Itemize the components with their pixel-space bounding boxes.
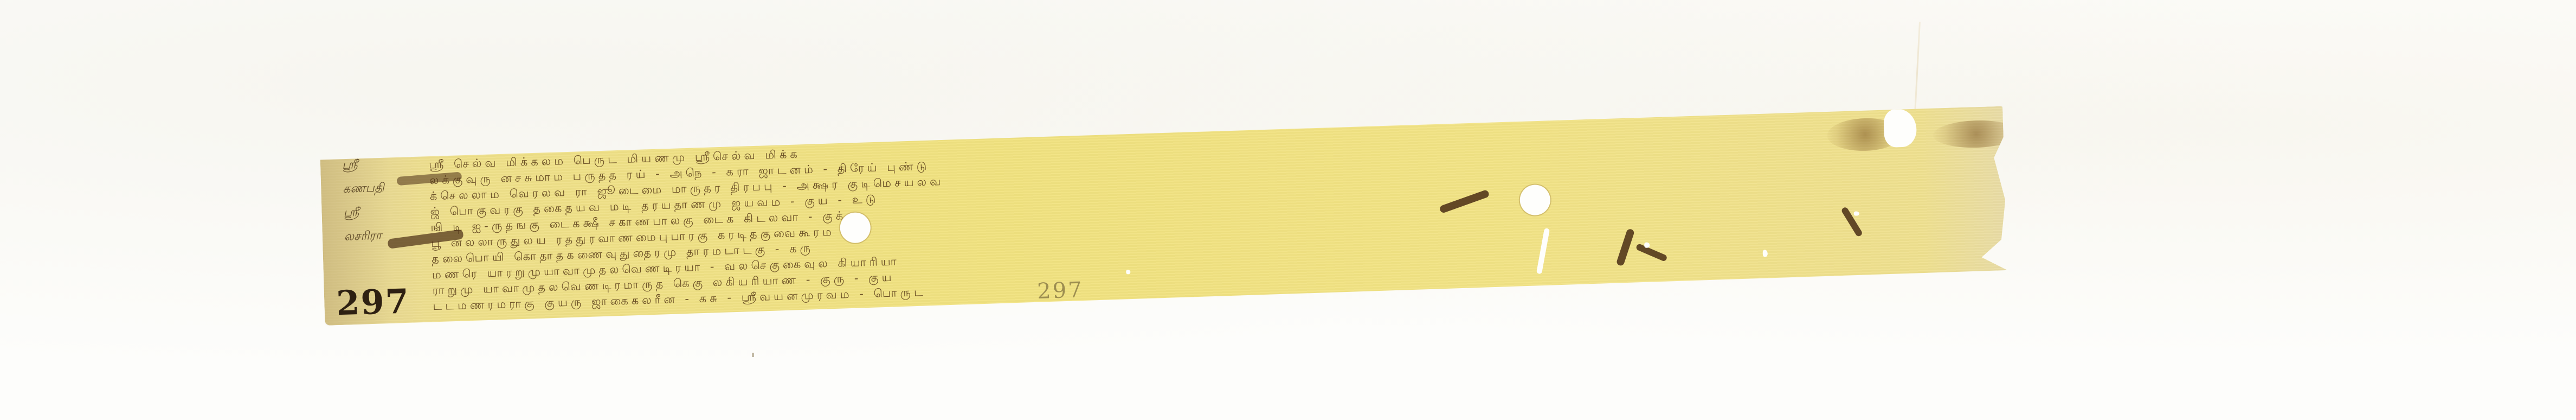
small-hole (1644, 243, 1650, 248)
small-hole (1854, 211, 1859, 215)
folio-number: 297 (336, 281, 410, 323)
small-hole (1126, 270, 1130, 274)
background-speck (752, 353, 754, 357)
margin-note: ஸ்ரீ (343, 203, 425, 229)
small-hole (1763, 250, 1768, 257)
